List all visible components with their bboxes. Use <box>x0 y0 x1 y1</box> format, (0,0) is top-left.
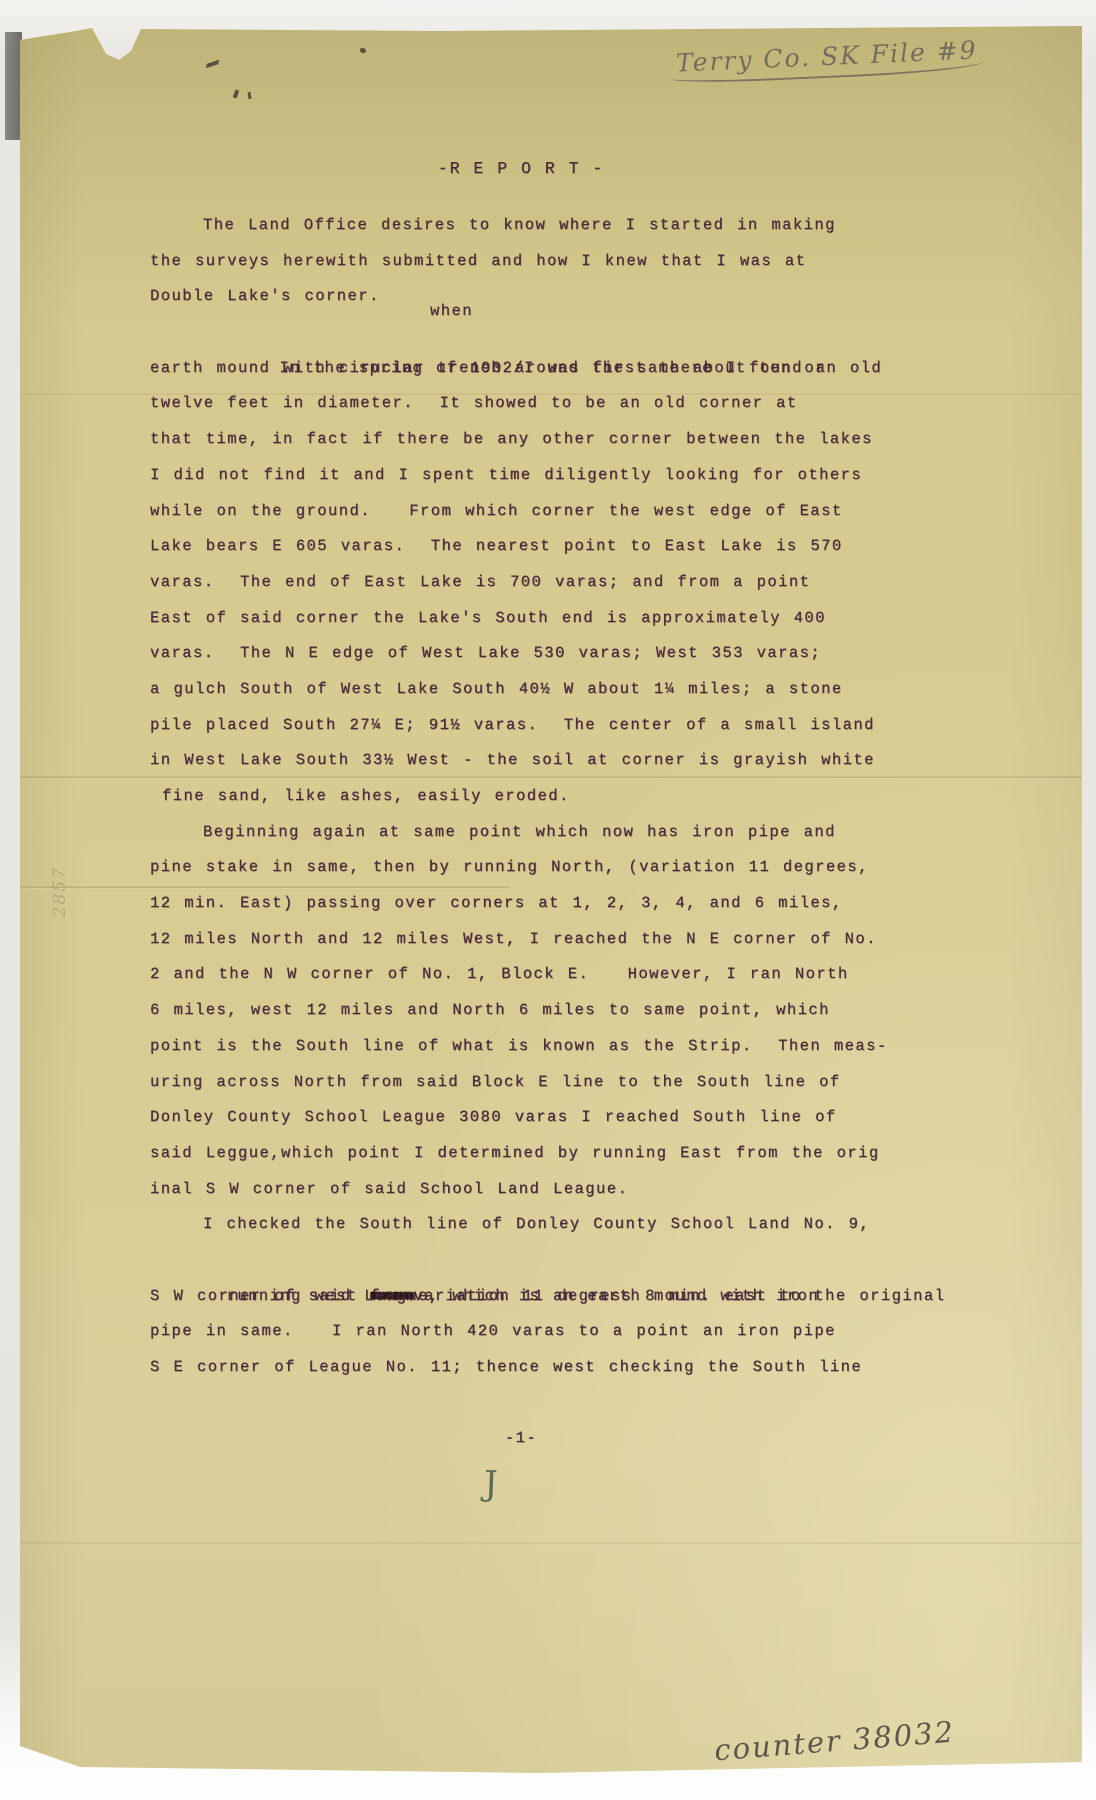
stray-ink-mark <box>233 90 239 99</box>
typed-insertion-word: when <box>430 294 473 330</box>
stray-ink-mark <box>359 47 366 53</box>
page-number: -1- <box>150 1426 892 1450</box>
typed-line: said Leggue,which point I determined by … <box>150 1136 898 1172</box>
typed-body: The Land Office desires to know where I … <box>150 208 898 1386</box>
typed-line: Lake bears E 605 varas. The nearest poin… <box>150 529 898 565</box>
typed-line: the surveys herewith submitted and how I… <box>150 244 898 280</box>
document-page: Terry Co. SK File #9 2857 -R E P O R T -… <box>20 26 1082 1773</box>
typed-line: I did not find it and I spent time dilig… <box>150 458 898 494</box>
typed-line: point is the South line of what is known… <box>150 1029 898 1065</box>
typed-line: 12 min. East) passing over corners at 1,… <box>150 886 898 922</box>
typed-line: pine stake in same, then by running Nort… <box>150 850 898 886</box>
typed-line: a gulch South of West Lake South 40½ W a… <box>150 672 898 708</box>
typed-line: in West Lake South 33½ West - the soil a… <box>150 743 898 779</box>
report-title: -R E P O R T - <box>150 157 892 181</box>
typed-line-with-strikeout: running west fromvariation 11 degress 8 … <box>150 1243 898 1279</box>
typed-line: pipe in same. I ran North 420 varas to a… <box>150 1314 898 1350</box>
typed-line: 12 miles North and 12 miles West, I reac… <box>150 922 898 958</box>
typed-line: Donley County School League 3080 varas I… <box>150 1100 898 1136</box>
handwritten-counter-number: counter 38032 <box>713 1715 956 1768</box>
handwritten-margin-number: 2857 <box>50 866 70 917</box>
stray-ink-mark <box>248 92 252 99</box>
fold-crease <box>20 1542 1082 1545</box>
handwritten-initial: J <box>483 1464 498 1504</box>
typed-line: that time, in fact if there be any other… <box>150 422 898 458</box>
typed-line: varas. The end of East Lake is 700 varas… <box>150 565 898 601</box>
typed-line: I checked the South line of Donley Count… <box>150 1207 898 1243</box>
typed-line: pile placed South 27¼ E; 91½ varas. The … <box>150 708 898 744</box>
typed-line: S E corner of League No. 11; thence west… <box>150 1350 898 1386</box>
typed-line: Double Lake's corner. <box>150 279 898 315</box>
typed-line: while on the ground. From which corner t… <box>150 494 898 530</box>
typed-line: inal S W corner of said School Land Leag… <box>150 1172 898 1208</box>
handwritten-file-label: Terry Co. SK File #9 <box>669 35 984 85</box>
typed-line-with-insertion: In the spring of 1902/I was first there … <box>150 315 898 351</box>
typed-line: fine sand, like ashes, easily eroded. <box>150 779 898 815</box>
typed-line: The Land Office desires to know where I … <box>150 208 898 244</box>
typed-line: Beginning again at same point which now … <box>150 815 898 851</box>
scanner-edge-shadow <box>5 32 22 140</box>
typed-line: varas. The N E edge of West Lake 530 var… <box>150 636 898 672</box>
typed-line: 2 and the N W corner of No. 1, Block E. … <box>150 957 898 993</box>
typed-line: S W corner of said League, which is an e… <box>150 1279 898 1315</box>
stray-ink-mark <box>206 60 219 69</box>
typed-line: East of said corner the Lake's South end… <box>150 601 898 637</box>
typed-line: 6 miles, west 12 miles and North 6 miles… <box>150 993 898 1029</box>
typed-line-text: In the spring of 1902/I was first there … <box>280 359 883 377</box>
typed-line: uring across North from said Block E lin… <box>150 1065 898 1101</box>
